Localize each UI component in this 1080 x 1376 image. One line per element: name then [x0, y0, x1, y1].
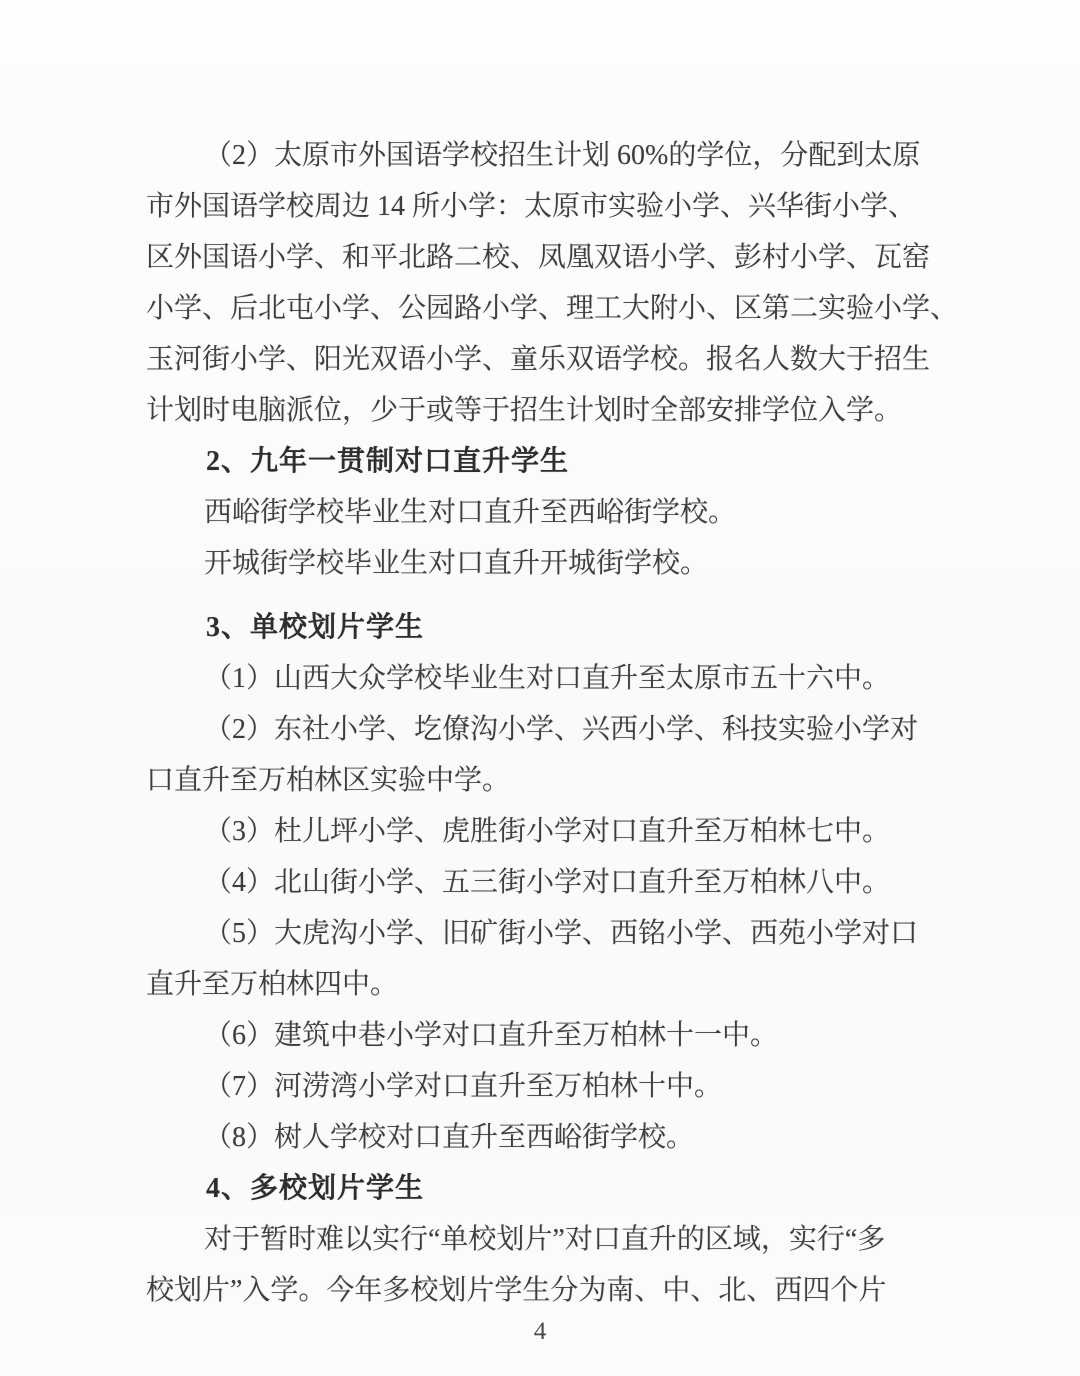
- body-line: 玉河街小学、阳光双语小学、童乐双语学校。报名人数大于招生: [146, 334, 964, 385]
- body-line: （6）建筑中巷小学对口直升至万柏林十一中。: [146, 1010, 964, 1061]
- body-line: 西峪街学校毕业生对口直升至西峪街学校。: [146, 487, 964, 538]
- body-line: 计划时电脑派位，少于或等于招生计划时全部安排学位入学。: [146, 385, 964, 436]
- body-line: 直升至万柏林四中。: [146, 959, 964, 1010]
- body-line: （4）北山街小学、五三街小学对口直升至万柏林八中。: [146, 857, 964, 908]
- body-line: 开城街学校毕业生对口直升开城街学校。: [146, 538, 964, 589]
- heading-section-4: 4、多校划片学生: [146, 1163, 964, 1214]
- body-line: （5）大虎沟小学、旧矿街小学、西铭小学、西苑小学对口: [146, 908, 964, 959]
- document-page: （2）太原市外国语学校招生计划 60%的学位，分配到太原 市外国语学校周边 14…: [0, 0, 1080, 1376]
- page-number: 4: [0, 1312, 1080, 1352]
- heading-section-3: 3、单校划片学生: [146, 602, 964, 653]
- body-line: （2）太原市外国语学校招生计划 60%的学位，分配到太原: [146, 130, 964, 181]
- heading-section-2: 2、九年一贯制对口直升学生: [146, 436, 964, 487]
- document-text-block: （2）太原市外国语学校招生计划 60%的学位，分配到太原 市外国语学校周边 14…: [146, 130, 964, 1316]
- body-line: 口直升至万柏林区实验中学。: [146, 755, 964, 806]
- body-line: 小学、后北屯小学、公园路小学、理工大附小、区第二实验小学、: [146, 283, 964, 334]
- body-line: （3）杜儿坪小学、虎胜街小学对口直升至万柏林七中。: [146, 806, 964, 857]
- body-line: 对于暂时难以实行“单校划片”对口直升的区域，实行“多: [146, 1214, 964, 1265]
- body-line: 市外国语学校周边 14 所小学：太原市实验小学、兴华街小学、: [146, 181, 964, 232]
- body-line: （1）山西大众学校毕业生对口直升至太原市五十六中。: [146, 653, 964, 704]
- body-line: 区外国语小学、和平北路二校、凤凰双语小学、彭村小学、瓦窑: [146, 232, 964, 283]
- body-line: （2）东社小学、圪僚沟小学、兴西小学、科技实验小学对: [146, 704, 964, 755]
- body-line: （8）树人学校对口直升至西峪街学校。: [146, 1112, 964, 1163]
- body-line: （7）河涝湾小学对口直升至万柏林十中。: [146, 1061, 964, 1112]
- body-line: 校划片”入学。今年多校划片学生分为南、中、北、西四个片: [146, 1265, 964, 1316]
